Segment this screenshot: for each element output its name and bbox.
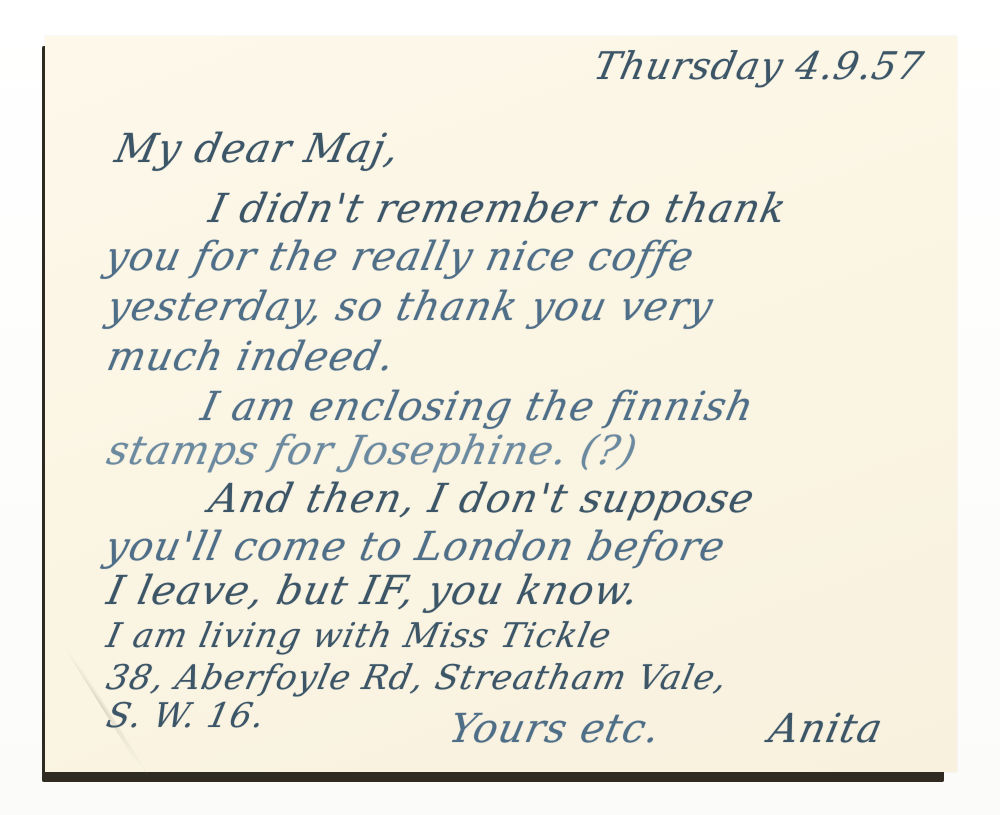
- letter-line: you'll come to London before: [101, 524, 730, 570]
- letter-line: much indeed.: [103, 334, 399, 380]
- address-line: 38, Aberfoyle Rd, Streatham Vale,: [103, 658, 731, 698]
- letter-line: stamps for Josephine. (?): [103, 428, 642, 474]
- address-line: S. W. 16.: [103, 696, 269, 736]
- letter-date: Thursday 4.9.57: [590, 44, 928, 88]
- letter-salutation: My dear Maj,: [111, 126, 404, 172]
- letter-line: I didn't remember to thank: [205, 186, 791, 232]
- letter-signature: Anita: [765, 706, 887, 752]
- letter-closing: Yours etc.: [445, 706, 665, 752]
- address-line: I am living with Miss Tickle: [103, 616, 615, 656]
- letter-line: yesterday, so thank you very: [103, 284, 717, 330]
- letter-card: Thursday 4.9.57 My dear Maj, I didn't re…: [45, 36, 957, 772]
- letter-line: I leave, but IF, you know.: [103, 568, 644, 614]
- letter-line: you for the really nice coffe: [101, 234, 699, 280]
- letter-line: And then, I don't suppose: [205, 476, 759, 522]
- letter-line: I am enclosing the finnish: [197, 384, 758, 430]
- photo-scene: Thursday 4.9.57 My dear Maj, I didn't re…: [0, 0, 1000, 815]
